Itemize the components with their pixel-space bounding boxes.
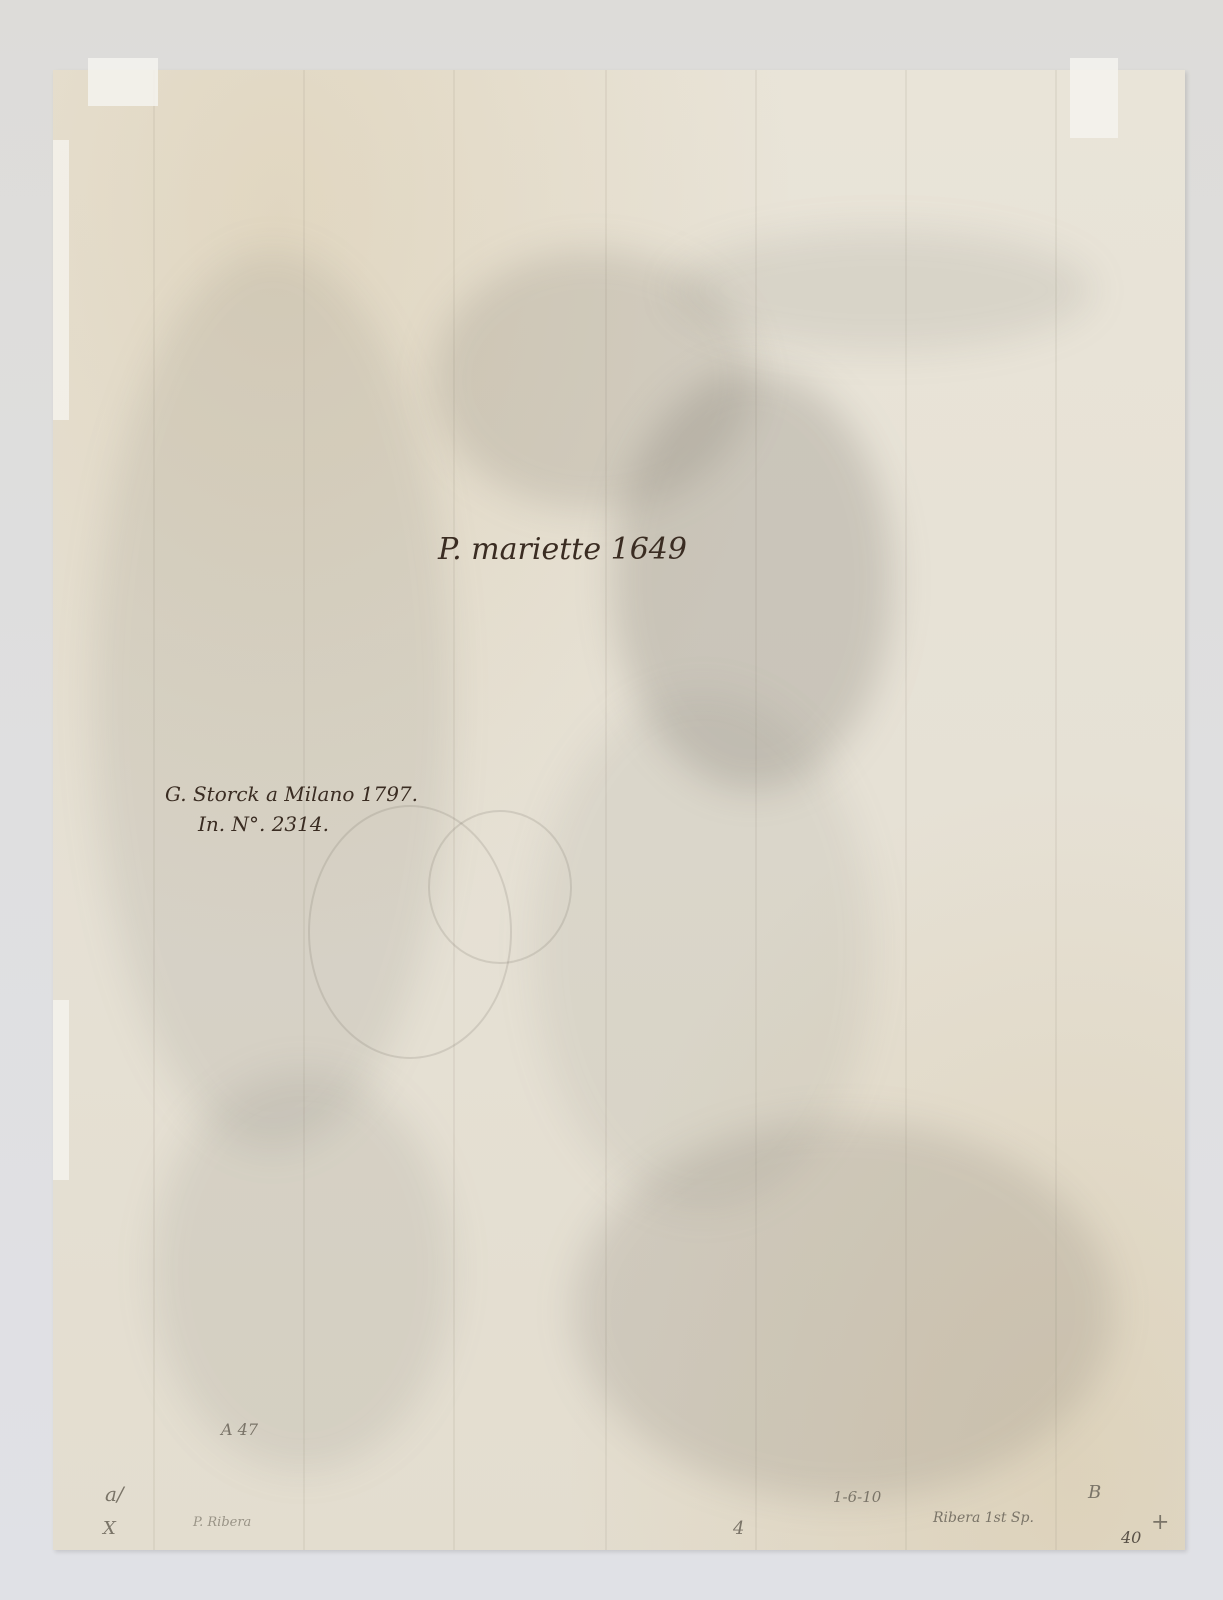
show-through-ring-outline — [428, 810, 572, 964]
paper-sheet: P. mariette 1649 G. Storck a Milano 1797… — [53, 70, 1185, 1550]
torn-edge-left — [53, 140, 69, 420]
torn-edge-left-lower — [53, 1000, 69, 1180]
inscription-storck-line2: In. N°. 2314. — [198, 812, 329, 836]
pencil-number-4: 4 — [733, 1518, 744, 1539]
pencil-b-mark: B — [1088, 1482, 1101, 1503]
tape-strip-left — [88, 58, 158, 106]
pencil-a47: A 47 — [221, 1420, 258, 1439]
pencil-cross: + — [1151, 1510, 1169, 1535]
inscription-mariette: P. mariette 1649 — [438, 532, 687, 567]
show-through-lower-left — [153, 1070, 453, 1470]
chain-line — [453, 70, 455, 1550]
pencil-x-mark: X — [103, 1518, 116, 1539]
show-through-rocks — [573, 1120, 1113, 1500]
pencil-a-slash: a/ — [105, 1482, 124, 1506]
tape-strip-right — [1070, 58, 1118, 138]
pencil-number-40: 40 — [1121, 1528, 1141, 1547]
pencil-fraction: 1-6-10 — [833, 1488, 881, 1506]
inscription-storck-line1: G. Storck a Milano 1797. — [165, 782, 418, 806]
pencil-ribera-right: Ribera 1st Sp. — [933, 1510, 1034, 1526]
pencil-ribera-left: P. Ribera — [193, 1515, 251, 1530]
show-through-wing — [673, 230, 1093, 350]
